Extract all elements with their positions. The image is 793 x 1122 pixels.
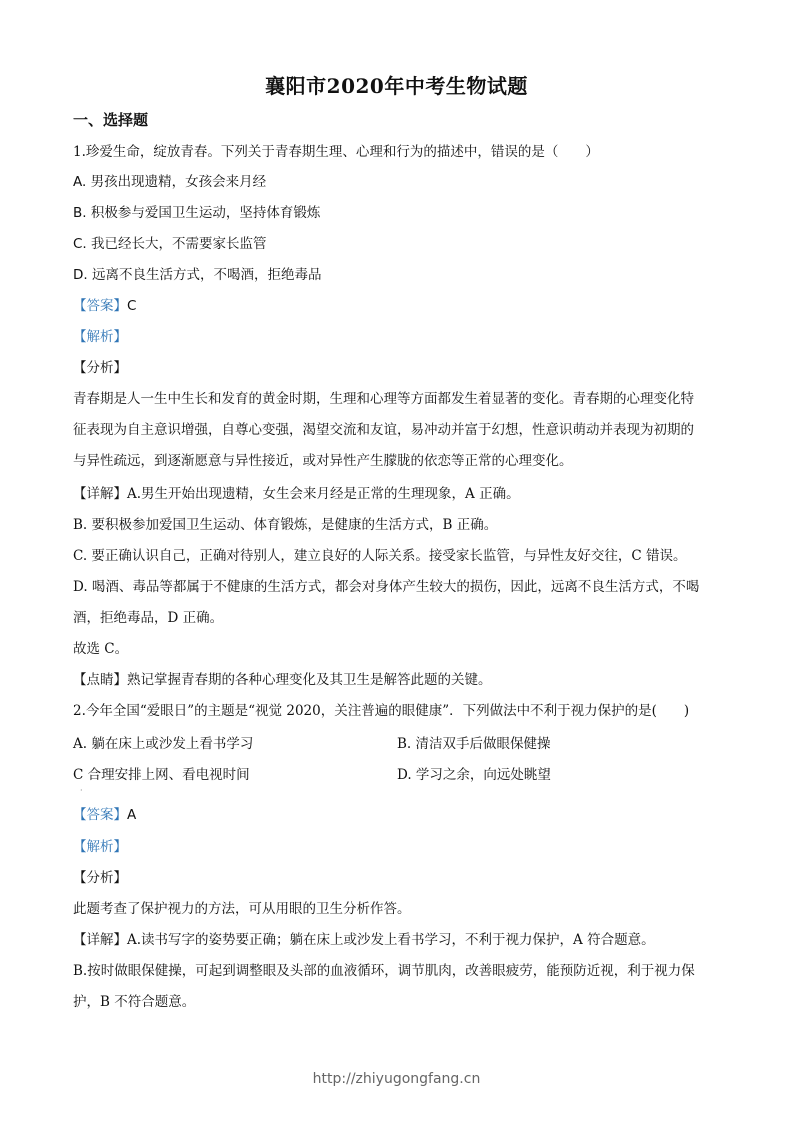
q2-detail-line: B.按时做眼保健操，可起到调整眼及头部的血液循环，调节肌肉，改善眼疲劳，能预防近… bbox=[73, 962, 695, 980]
page-title: 襄阳市2020年中考生物试题 bbox=[0, 70, 793, 99]
q2-option-b: B. 清洁双手后做眼保健操 bbox=[397, 735, 551, 753]
answer-value: A bbox=[127, 807, 136, 823]
q1-analysis-label: 【解析】 bbox=[73, 328, 127, 346]
q1-fenxi-label: 【分析】 bbox=[73, 359, 127, 377]
footer-url[interactable]: http://zhiyugongfang.cn bbox=[0, 1071, 793, 1087]
q2-analysis-label: 【解析】 bbox=[73, 838, 127, 856]
q2-fenxi-label: 【分析】 bbox=[73, 869, 127, 887]
section-heading: 一、选择题 bbox=[73, 111, 148, 129]
q1-option-c: C. 我已经长大，不需要家长监管 bbox=[73, 235, 267, 253]
q1-option-b: B. 积极参与爱国卫生运动，坚持体育锻炼 bbox=[73, 204, 320, 222]
q1-answer: 【答案】C bbox=[73, 297, 136, 315]
stray-mark: · bbox=[80, 786, 83, 795]
q1-fenxi-line: 青春期是人一生中生长和发育的黄金时期，生理和心理等方面都发生着显著的变化。青春期… bbox=[73, 390, 694, 408]
q1-fenxi-line: 与异性疏远，到逐渐愿意与异性接近，或对异性产生朦胧的依恋等正常的心理变化。 bbox=[73, 452, 573, 470]
q1-conclusion: 故选 C。 bbox=[73, 640, 128, 658]
q1-option-a: A. 男孩出现遗精，女孩会来月经 bbox=[73, 173, 266, 191]
q1-detail-line: D. 喝酒、毒品等都属于不健康的生活方式，都会对身体产生较大的损伤，因此，远离不… bbox=[73, 578, 699, 596]
answer-label: 【答案】 bbox=[73, 298, 127, 314]
q2-option-d: D. 学习之余，向远处眺望 bbox=[397, 766, 551, 784]
q2-detail-line: 护，B 不符合题意。 bbox=[73, 993, 195, 1011]
q1-detail-line: C. 要正确认识自己，正确对待别人，建立良好的人际关系。接受家长监管，与异性友好… bbox=[73, 547, 687, 565]
q2-fenxi-line: 此题考查了保护视力的方法，可从用眼的卫生分析作答。 bbox=[73, 900, 411, 918]
q1-dianjing: 【点睛】熟记掌握青春期的各种心理变化及其卫生是解答此题的关键。 bbox=[73, 671, 492, 689]
question-1-stem: 1.珍爱生命，绽放青春。下列关于青春期生理、心理和行为的描述中，错误的是（ ） bbox=[73, 143, 599, 161]
q2-detail-line: 【详解】A.读书写字的姿势要正确；躺在床上或沙发上看书学习，不利于视力保护，A … bbox=[73, 931, 655, 949]
question-2-stem: 2.今年全国“爱眼日”的主题是“视觉 2020，关注普遍的眼健康”．下列做法中不… bbox=[73, 702, 689, 720]
q2-option-a: A. 躺在床上或沙发上看书学习 bbox=[73, 735, 253, 753]
q1-fenxi-line: 征表现为自主意识增强，自尊心变强，渴望交流和友谊，易冲动并富于幻想，性意识萌动并… bbox=[73, 421, 694, 439]
q1-detail-line: 【详解】A.男生开始出现遗精，女生会来月经是正常的生理现象，A 正确。 bbox=[73, 485, 520, 503]
q1-detail-line: B. 要积极参加爱国卫生运动、体育锻炼，是健康的生活方式，B 正确。 bbox=[73, 516, 497, 534]
answer-label: 【答案】 bbox=[73, 807, 127, 823]
q2-answer: 【答案】A bbox=[73, 806, 136, 824]
q1-option-d: D. 远离不良生活方式，不喝酒，拒绝毒品 bbox=[73, 266, 321, 284]
answer-value: C bbox=[127, 298, 136, 314]
q2-option-c: C 合理安排上网、看电视时间 bbox=[73, 766, 250, 784]
document-page: 襄阳市2020年中考生物试题 一、选择题 1.珍爱生命，绽放青春。下列关于青春期… bbox=[0, 0, 793, 1122]
q1-detail-line: 酒，拒绝毒品，D 正确。 bbox=[73, 609, 223, 627]
